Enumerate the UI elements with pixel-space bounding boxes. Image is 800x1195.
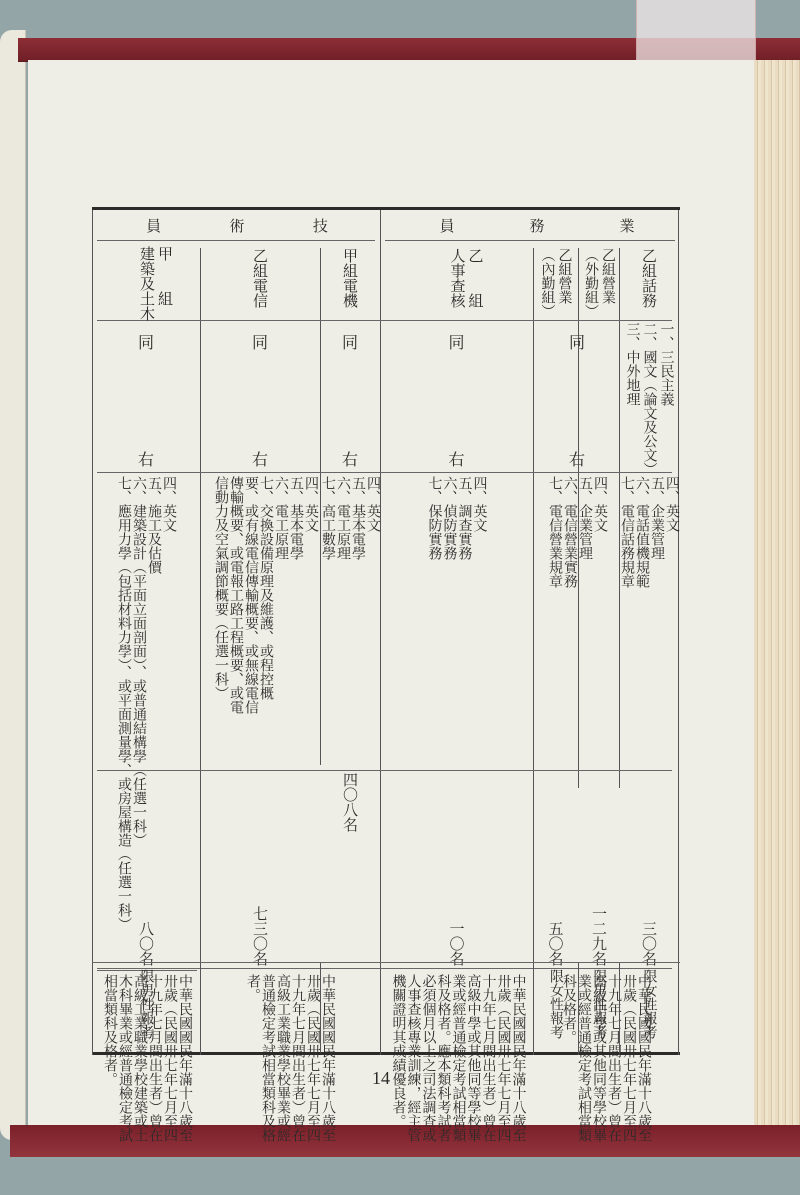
specific-subjects-yi-telecom: 四、英文 五、基本電學 六、電工原理 七、交換設備原理及維護、或程控概要、或有線…	[202, 476, 318, 768]
col-subtitle: 建築及土木	[139, 246, 155, 321]
subject: 七、電信營業規章	[547, 476, 562, 588]
col-title: 乙 組	[468, 248, 484, 308]
note-text: 限女性報考	[642, 969, 657, 1039]
quota-value: 八〇名	[138, 921, 154, 966]
subject: 六、電工原理	[335, 476, 350, 560]
ditto-same: 同	[252, 330, 268, 353]
common-subjects-same: 同 右	[322, 330, 378, 470]
quota-value: 一二九名	[591, 906, 607, 966]
col-subtitle: 人事查核	[450, 248, 466, 308]
specific-subjects-yi-telephone: 四、英文 五、企業管理 六、電話值機規範 七、電信話務規章	[621, 476, 677, 768]
subject: 七、電信話務規章	[619, 476, 634, 588]
ditto-same: 同	[138, 330, 154, 353]
quota-value: 四〇八名	[342, 772, 358, 832]
col-divider	[533, 963, 534, 1053]
quota-jia-building: 八〇名	[94, 772, 198, 966]
subject: 五、施工及估價	[146, 476, 161, 574]
subject: 三、中外地理	[625, 322, 640, 406]
previous-page-edge	[0, 30, 26, 1140]
subject: 二、國文（論文及公文）	[642, 322, 657, 476]
subject: 五、基本電學	[288, 476, 303, 560]
note-jia-building: 限男性報考	[94, 969, 198, 1049]
group-divider	[380, 210, 381, 1055]
row-rule	[97, 320, 672, 321]
col-divider	[200, 248, 201, 1055]
subject: 四、英文	[161, 476, 176, 532]
quota-yi-personnel: 一〇名	[382, 772, 531, 966]
col-header-yi-telephone: 乙組話務	[621, 248, 677, 320]
subject: 五、調查實務	[457, 476, 472, 560]
col-header-yi-personnel: 乙 組 人事查核	[382, 248, 531, 320]
note-yi-business-internal: 限女性報考	[535, 969, 576, 1049]
specific-subjects-yi-personnel: 四、英文 五、調查實務 六、偵防實務 七、保防實務	[382, 476, 531, 768]
page-number: 14	[372, 1068, 390, 1089]
ditto-same: 同	[342, 330, 358, 353]
quota-yi-business-internal: 五〇名	[535, 772, 576, 966]
col-header-yi-business-internal: 乙組營業 （內勤組）	[535, 248, 576, 320]
table-border-left	[92, 210, 93, 1055]
subject: 四、英文	[472, 476, 487, 532]
col-divider	[320, 963, 321, 1053]
common-subjects-list: 一、三民主義 二、國文（論文及公文） 三、中外地理	[621, 322, 677, 470]
note-yi-business-external: 限男性報考	[580, 969, 618, 1049]
subject: 四、英文	[664, 476, 679, 532]
common-subjects-same: 同 右	[94, 330, 198, 470]
note-text: 限男性報考	[592, 969, 607, 1039]
subject: 七、保防實務	[427, 476, 442, 560]
quota-yi-telephone: 三〇名	[621, 772, 677, 966]
header-rule	[97, 240, 375, 241]
subject: 六、建築設計（平面立面剖面）、或普通結構學（任選一科）	[131, 476, 146, 716]
col-title: 乙組電信	[252, 248, 268, 308]
header-char: 員	[146, 215, 161, 236]
header-char: 業	[619, 215, 634, 236]
common-subjects-same: 同 右	[382, 330, 531, 470]
tape-strip	[636, 0, 756, 62]
specific-subjects-yi-business: 四、英文 五、企業管理 六、電信營業實務 七、電信營業規章	[535, 476, 619, 768]
quota-yi-business-external: 一二九名	[580, 772, 618, 966]
col-subtitle: （外勤組）	[583, 248, 598, 318]
row-rule	[97, 472, 672, 473]
subject: 一、三民主義	[659, 322, 674, 406]
row-rule	[97, 770, 672, 771]
quota-yi-telecom: 七三〇名	[202, 772, 318, 966]
subject: 四、英文	[303, 476, 318, 532]
header-char: 術	[229, 215, 244, 236]
subject: 五、基本電學	[350, 476, 365, 560]
header-char: 技	[313, 215, 328, 236]
specific-subjects-jia-building: 四、英文 五、施工及估價 六、建築設計（平面立面剖面）、或普通結構學（任選一科）…	[94, 476, 198, 768]
quota-value: 一〇名	[449, 921, 465, 966]
subject: 六、電信營業實務	[562, 476, 577, 588]
note-yi-telephone: 限女性報考	[621, 969, 677, 1049]
quota-value: 三〇名	[641, 921, 657, 966]
table-border-right	[678, 210, 679, 1055]
col-header-jia-electrical: 甲組電機	[322, 248, 378, 320]
ditto-right: 右	[138, 447, 154, 470]
quota-jia-electrical: 四〇八名	[322, 772, 378, 966]
exam-subjects-table: 員 術 技 員 務 業 甲 組 建築及土木 乙組電信 甲組電機 乙 組 人事查核…	[92, 207, 680, 1055]
col-divider	[619, 963, 620, 1053]
ditto-right: 右	[342, 447, 358, 470]
subject: 四、英文	[592, 476, 607, 532]
subject: 六、電工原理	[273, 476, 288, 560]
quota-value: 五〇名	[548, 921, 564, 966]
subject: 四、英文	[365, 476, 380, 532]
col-title: 乙組營業	[600, 248, 615, 304]
ditto-right: 右	[448, 447, 464, 470]
col-title: 乙組營業	[557, 248, 572, 304]
ditto-same: 同	[569, 330, 585, 353]
col-header-yi-telecom: 乙組電信	[202, 248, 318, 320]
col-subtitle: （內勤組）	[540, 248, 555, 318]
specific-subjects-jia-electrical: 四、英文 五、基本電學 六、電工原理 七、高工數學	[322, 476, 378, 768]
col-title: 乙組話務	[641, 248, 657, 308]
subject: 七、交換設備原理及維護、或程控概要、或有線電信傳輸概要、或無線電信傳輸概要、或電…	[213, 476, 273, 721]
header-char: 員	[439, 215, 454, 236]
header-char: 務	[529, 215, 544, 236]
ditto-same: 同	[448, 330, 464, 353]
subject: 五、企業管理	[649, 476, 664, 560]
group-header-technical: 員 術 技	[112, 212, 362, 238]
quota-value: 七三〇名	[252, 906, 268, 966]
subject: 六、電話值機規範	[634, 476, 649, 588]
col-divider	[533, 248, 534, 1055]
common-subjects-same: 同 右	[535, 330, 619, 470]
ditto-right: 右	[569, 447, 585, 470]
col-divider	[578, 963, 579, 1053]
subject: 五、企業管理	[577, 476, 592, 560]
ditto-right: 右	[252, 447, 268, 470]
subject: 七、高工數學	[320, 476, 335, 560]
group-header-business: 員 務 業	[402, 212, 672, 238]
page-stack-edges	[752, 60, 800, 1140]
col-title: 甲 組	[157, 246, 173, 306]
col-header-jia-building: 甲 組 建築及土木	[94, 246, 198, 318]
col-title: 甲組電機	[342, 248, 358, 308]
common-subjects-same: 同 右	[202, 330, 318, 470]
note-text: 限男性報考	[139, 969, 154, 1039]
subject: 七、應用力學（包括材料力學）、或平面測量學、或房屋構造（任選一科）	[116, 476, 131, 716]
note-text: 限女性報考	[548, 969, 563, 1039]
col-divider	[200, 963, 201, 1053]
col-header-yi-business-external: 乙組營業 （外勤組）	[580, 248, 618, 320]
notes-row: 限男性報考 限女性報考 限男性報考 限女性報考	[92, 962, 680, 1052]
subject: 六、偵防實務	[442, 476, 457, 560]
header-rule	[385, 240, 675, 241]
